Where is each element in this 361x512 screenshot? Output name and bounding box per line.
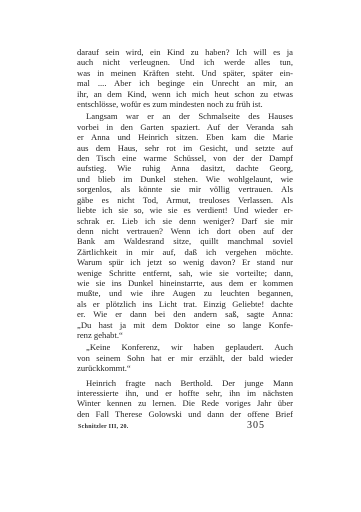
text-line: Zärtlichkeit in mir auf, daß ich vergehe… — [77, 247, 293, 257]
text-line: „Du hast ja mit dem Doktor eine so lange… — [77, 320, 293, 330]
text-line: liebte ich sie so, wie sie es verdient! … — [77, 205, 293, 215]
text-line: Langsam war er an der Schmalseite des Ha… — [77, 111, 293, 121]
text-line: vorbei in den Garten spaziert. Auf der V… — [77, 122, 293, 132]
text-line: er Anna und Heinrich sitzen. Eben kam di… — [77, 132, 293, 142]
text-line: Warum spür ich jetzt so wenig davon? Er … — [77, 257, 293, 267]
text-line: wie sie ins Dunkel hineinstarrte, aus de… — [77, 278, 293, 288]
text-line: was in meinen Kräften steht. Und später,… — [77, 68, 293, 78]
text-line: interessierte ihn, und er hoffte sehr, i… — [77, 388, 293, 398]
text-line: aufstieg. Wie ruhig Anna dasitzt, dachte… — [77, 163, 293, 173]
text-block: darauf sein wird, ein Kind zu haben? Ich… — [77, 47, 293, 419]
footer-signature-mark: Schnitzler III, 20. — [78, 424, 129, 430]
text-line: den Tisch eine warme Schüssel, von der d… — [77, 153, 293, 163]
text-line: er. Wie er dann bei den andern saß, sagt… — [77, 309, 293, 319]
text-line: Winter kennen zu lernen. Die Rede vorige… — [77, 398, 293, 408]
text-line: „Keine Konferenz, wir haben geplaudert. … — [77, 342, 293, 352]
paragraph: darauf sein wird, ein Kind zu haben? Ich… — [77, 47, 293, 109]
footer-page-number: 305 — [247, 420, 265, 431]
paragraph: Langsam war er an der Schmalseite des Ha… — [77, 111, 293, 340]
text-line: denn nicht vertrauen? Wenn ich dort oben… — [77, 226, 293, 236]
text-line: gäbe es nicht Tod, Armut, treuloses Verl… — [77, 195, 293, 205]
text-line: zurückkommt.“ — [77, 363, 293, 373]
text-line: und blieb im Dunkel stehen. Wie wohlgela… — [77, 174, 293, 184]
text-line: schrak er. Lieb ich sie denn weniger? Da… — [77, 216, 293, 226]
text-line: renz gehabt.“ — [77, 330, 293, 340]
text-line: aus dem Haus, sehr rot im Gesicht, und s… — [77, 143, 293, 153]
text-line: ihr, an dem Kind, wenn ich mich heut sch… — [77, 89, 293, 99]
text-line: Heinrich fragte nach Berthold. Der junge… — [77, 378, 293, 388]
text-line: Bank am Waldesrand sitze, quillt manchma… — [77, 236, 293, 246]
text-line: sorgenlos, als könnte sie mir völlig ver… — [77, 184, 293, 194]
text-line: mußte, und wie ihre Augen zu leuchten be… — [77, 288, 293, 298]
text-line: auch nicht verleugnen. Und ich werde all… — [77, 57, 293, 67]
text-line: als er plötzlich ins Licht trat. Einzig … — [77, 299, 293, 309]
text-line: den Fall Therese Golowski und dann der o… — [77, 409, 293, 419]
paragraph: Heinrich fragte nach Berthold. Der junge… — [77, 378, 293, 420]
text-line: wenige Schritte entfernt, sah, wie sie v… — [77, 268, 293, 278]
paragraph: „Keine Konferenz, wir haben geplaudert. … — [77, 342, 293, 373]
text-line: darauf sein wird, ein Kind zu haben? Ich… — [77, 47, 293, 57]
text-line: mal .... Aber ich beginge ein Unrecht an… — [77, 78, 293, 88]
text-line: entschlösse, wofür es zum mindesten noch… — [77, 99, 293, 109]
book-page: darauf sein wird, ein Kind zu haben? Ich… — [0, 0, 361, 512]
text-line: von seinem Sohn hat er mir erzählt, der … — [77, 353, 293, 363]
